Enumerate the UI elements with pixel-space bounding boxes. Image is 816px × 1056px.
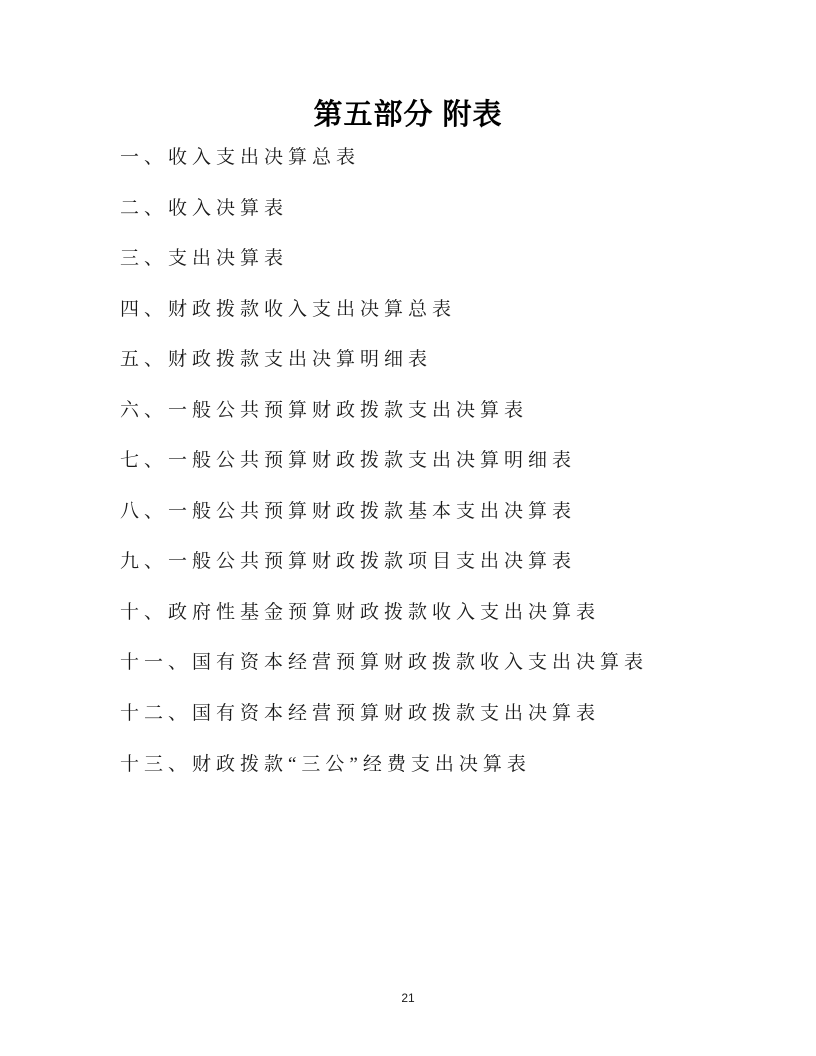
- page-number: 21: [0, 991, 816, 1005]
- list-item: 九、一般公共预算财政拨款项目支出决算表: [120, 537, 740, 588]
- list-item: 三、支出决算表: [120, 234, 740, 285]
- list-item: 六、一般公共预算财政拨款支出决算表: [120, 386, 740, 437]
- list-item: 十三、财政拨款“三公”经费支出决算表: [120, 740, 740, 791]
- list-item: 一、收入支出决算总表: [120, 133, 740, 184]
- list-item: 十、政府性基金预算财政拨款收入支出决算表: [120, 588, 740, 639]
- list-item: 十二、国有资本经营预算财政拨款支出决算表: [120, 689, 740, 740]
- list-item: 七、一般公共预算财政拨款支出决算明细表: [120, 436, 740, 487]
- list-item: 十一、国有资本经营预算财政拨款收入支出决算表: [120, 638, 740, 689]
- page-title: 第五部分 附表: [0, 94, 816, 136]
- list-item: 八、一般公共预算财政拨款基本支出决算表: [120, 487, 740, 538]
- list-item: 五、财政拨款支出决算明细表: [120, 335, 740, 386]
- table-list: 一、收入支出决算总表 二、收入决算表 三、支出决算表 四、财政拨款收入支出决算总…: [120, 133, 740, 790]
- list-item: 二、收入决算表: [120, 184, 740, 235]
- document-page: 第五部分 附表 一、收入支出决算总表 二、收入决算表 三、支出决算表 四、财政拨…: [0, 0, 816, 1056]
- list-item: 四、财政拨款收入支出决算总表: [120, 285, 740, 336]
